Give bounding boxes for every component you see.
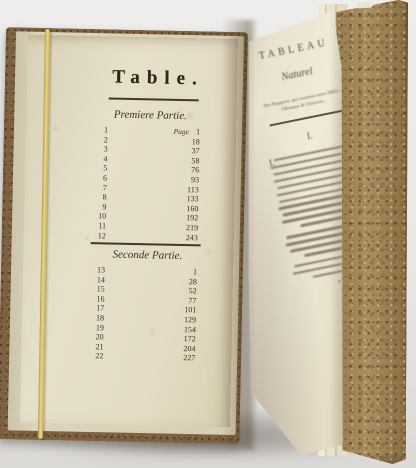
toc-row: 22227 <box>69 351 195 363</box>
headband <box>356 1 373 8</box>
table-of-contents-page: Table. Premiere Partie. 1Page12183374585… <box>20 35 238 427</box>
title-caption: Des Rapports qui existent entre DIEU, l'… <box>255 86 350 117</box>
antique-book-photo: Table. Premiere Partie. 1Page12183374585… <box>0 0 416 468</box>
heading-rule <box>109 97 199 101</box>
page-column-label: Page <box>174 127 190 136</box>
toc-part1-rows: 1Page12183374585766937113813391601019211… <box>72 125 200 243</box>
part-divider-rule <box>91 242 201 246</box>
book-subtitle: Naturel <box>250 60 344 90</box>
toc-part2-rows: 1311428155216771710118129191542017221204… <box>69 265 197 364</box>
toc-heading: Table. <box>81 66 228 91</box>
part1-title: Premiere Partie. <box>80 108 220 123</box>
toc-row: 12243 <box>72 230 198 242</box>
part2-title: Seconde Partie. <box>77 248 217 263</box>
